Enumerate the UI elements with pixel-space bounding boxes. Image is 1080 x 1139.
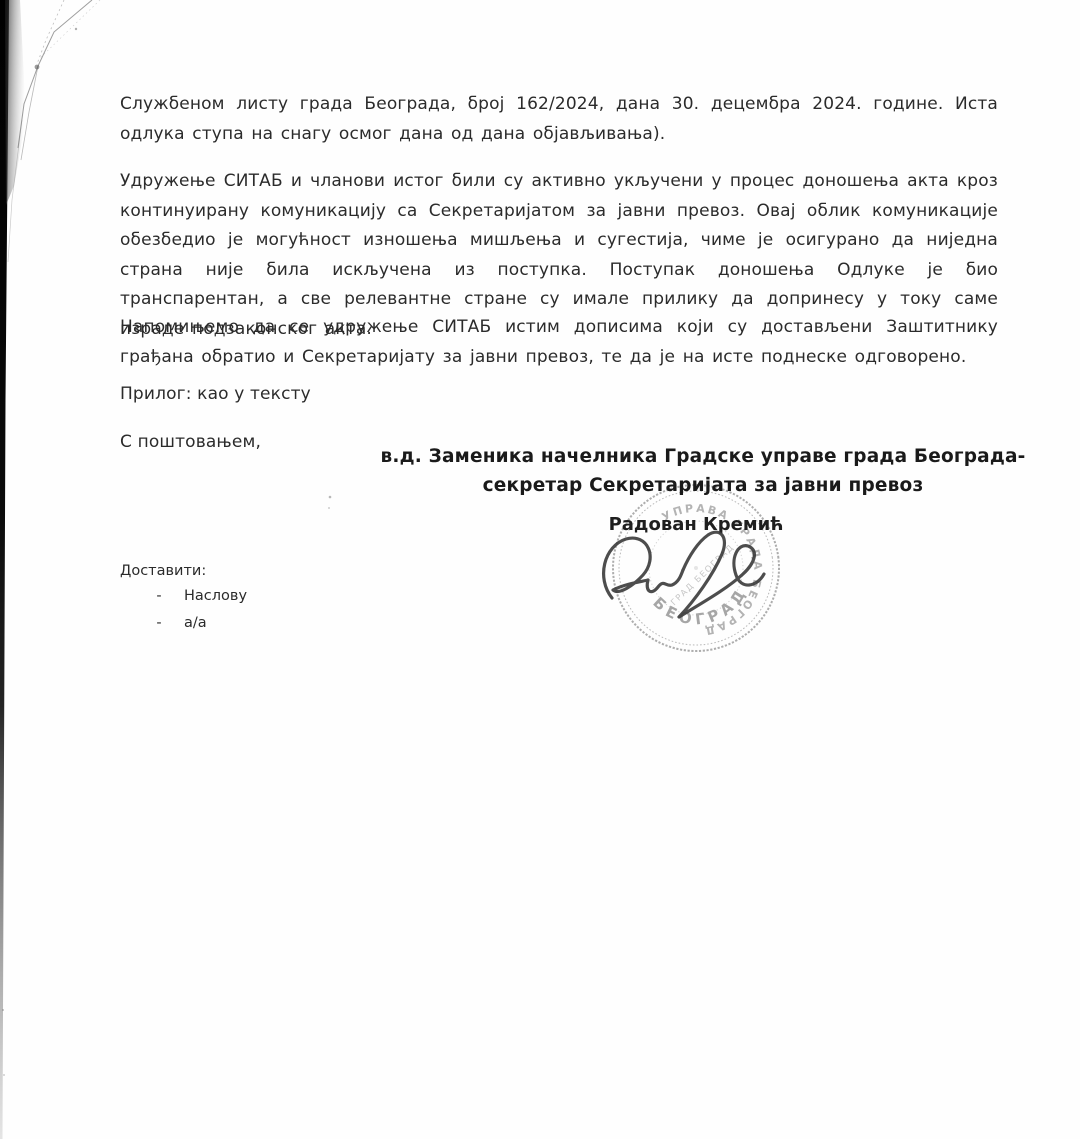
signature-stroke-flourish	[679, 532, 764, 617]
paragraph-publication: Службеном листу града Београда, број 162…	[120, 90, 998, 149]
closing-line: С поштовањем,	[120, 432, 261, 452]
scanner-edge-shadow	[0, 0, 9, 1139]
delivery-item: - а/а	[120, 614, 247, 633]
signatory-title-line1: в.д. Заменика начелника Градске управе г…	[372, 443, 1034, 472]
dash-bullet: -	[152, 587, 166, 606]
signatory-title: в.д. Заменика начелника Градске управе г…	[372, 443, 1034, 500]
handwritten-signature	[592, 524, 787, 634]
delivery-item: - Наслову	[120, 587, 247, 606]
dash-bullet: -	[152, 614, 166, 633]
corner-crease-shading	[5, 0, 26, 205]
scanned-letter-page: Службеном листу града Београда, број 162…	[0, 0, 1080, 1139]
delivery-section: Доставити: - Наслову - а/а	[120, 563, 247, 633]
signatory-title-line2: секретар Секретаријата за јавни превоз	[372, 472, 1034, 501]
delivery-label: Доставити:	[120, 563, 247, 579]
paragraph-note: Напомињемо да се удружење СИТАБ истим до…	[120, 313, 998, 372]
attachment-line: Прилог: као у тексту	[120, 384, 311, 404]
signature-stroke-loops	[647, 570, 683, 592]
signature-stroke-curl	[604, 538, 651, 598]
delivery-item-text: Наслову	[184, 587, 247, 606]
corner-crease-lines	[8, 0, 100, 262]
delivery-item-text: а/а	[184, 614, 207, 633]
